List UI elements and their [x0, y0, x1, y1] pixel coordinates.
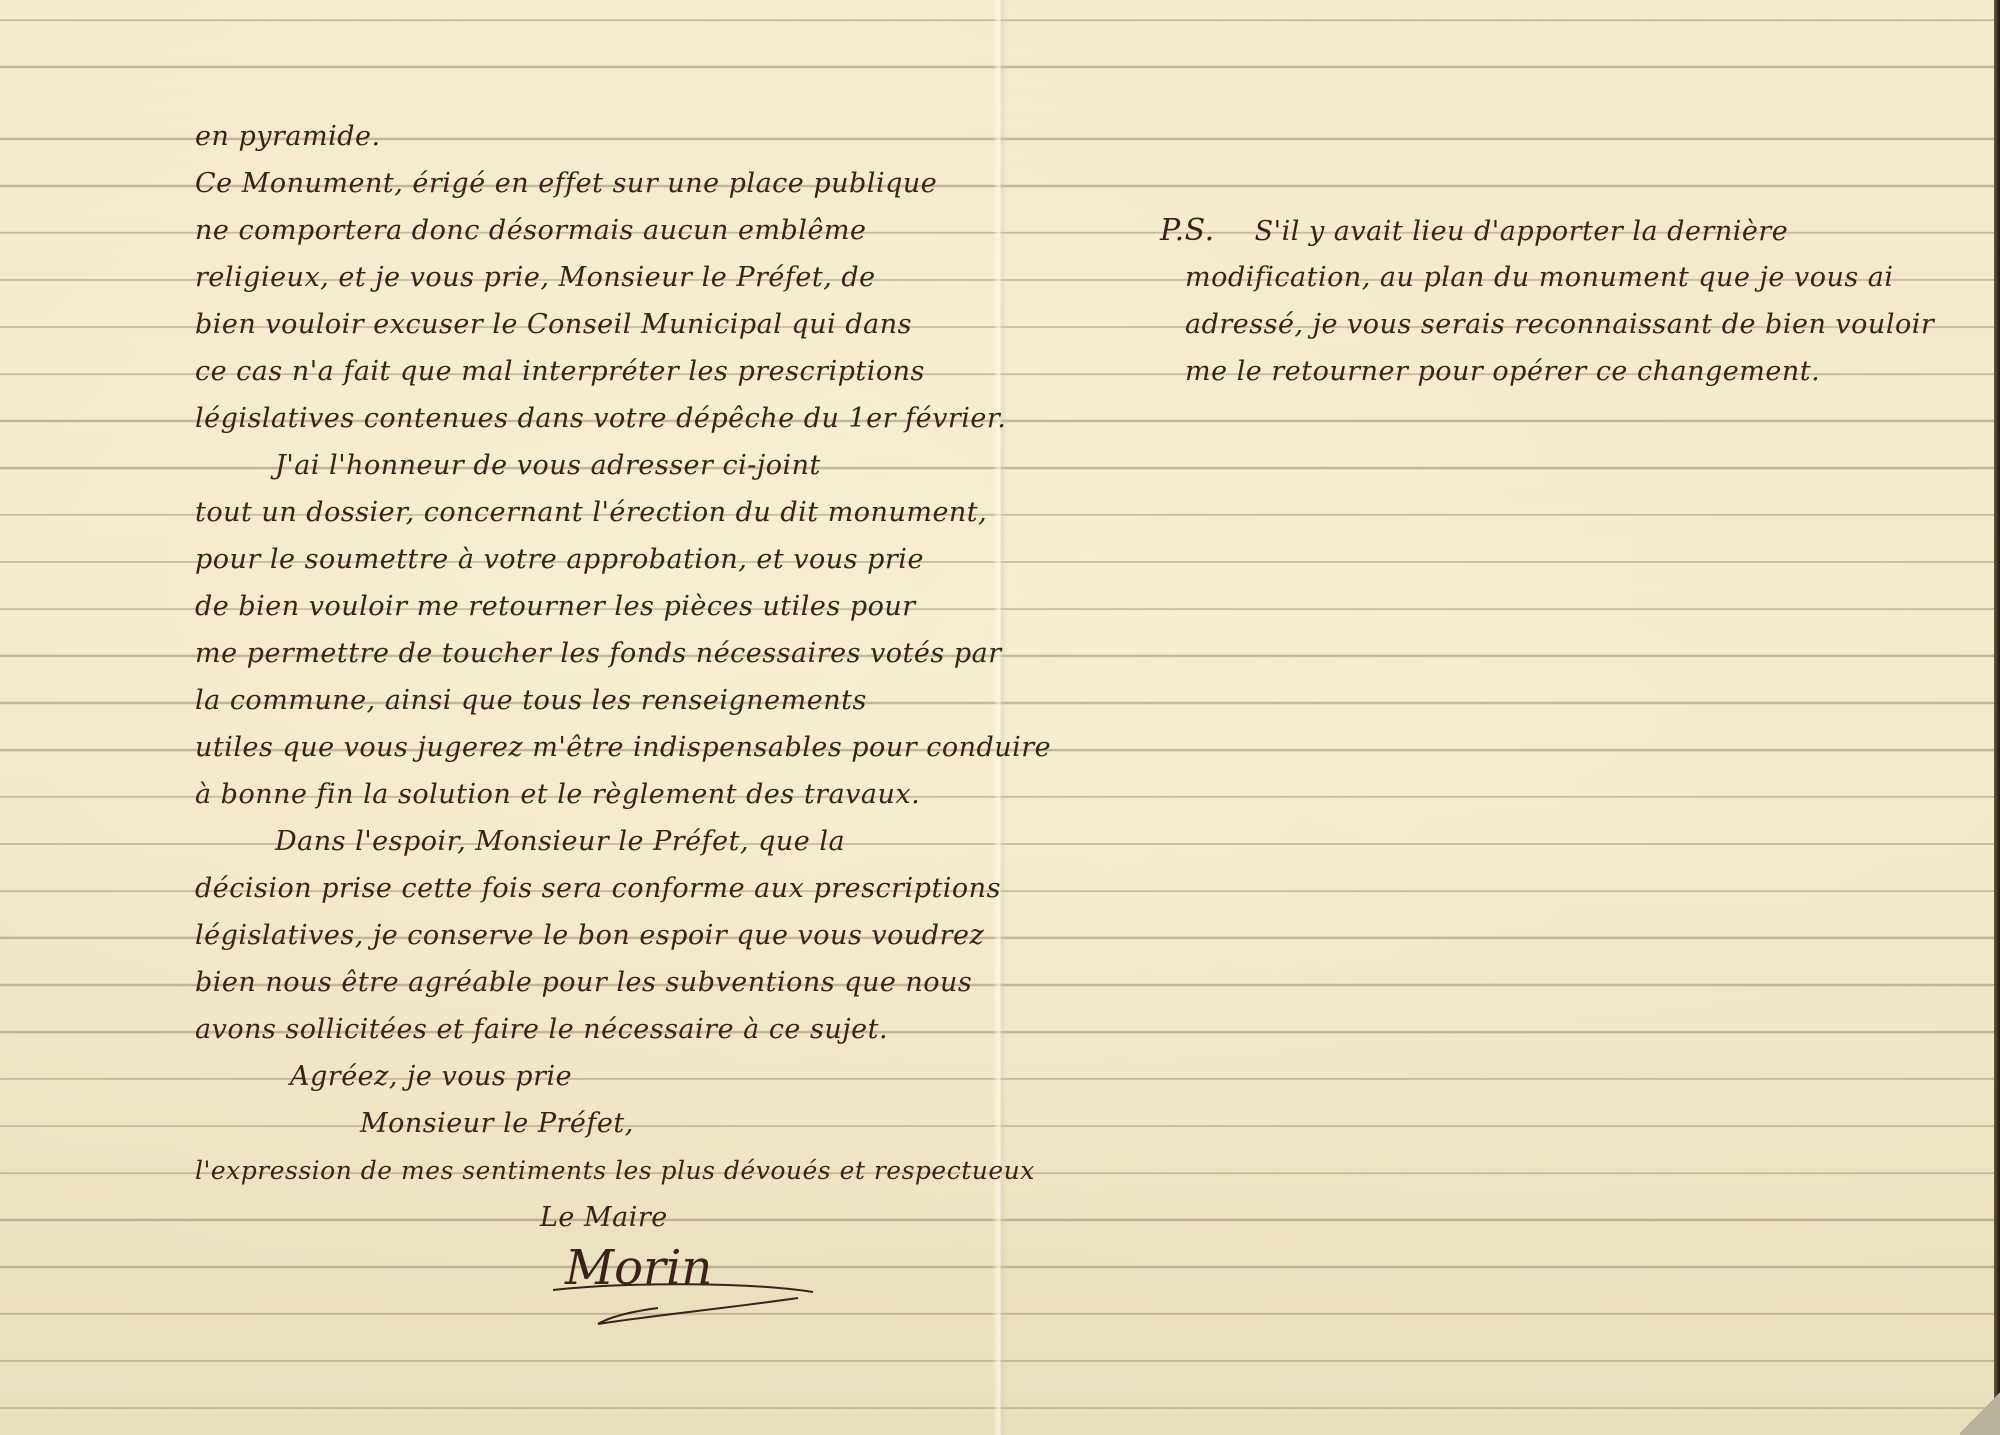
body-line: Dans l'espoir, Monsieur le Préfet, que l… [195, 818, 1051, 865]
body-line: législatives, je conserve le bon espoir … [195, 912, 1051, 959]
body-line: utiles que vous jugerez m'être indispens… [195, 724, 1051, 771]
ps-label: P.S. [1160, 213, 1215, 248]
signature-flourish-icon [548, 1268, 818, 1328]
closing-line: l'expression de mes sentiments les plus … [195, 1147, 1051, 1194]
letter-body: en pyramide. Ce Monument, érigé en effet… [195, 113, 1051, 1241]
body-line: de bien vouloir me retourner les pièces … [195, 583, 1051, 630]
folded-corner [1960, 1390, 2000, 1435]
body-line: pour le soumettre à votre approbation, e… [195, 536, 1051, 583]
ps-line: adressé, je vous serais reconnaissant de… [1160, 301, 1934, 348]
body-line: à bonne fin la solution et le règlement … [195, 771, 1051, 818]
body-line: Ce Monument, érigé en effet sur une plac… [195, 160, 1051, 207]
body-line: bien nous être agréable pour les subvent… [195, 959, 1051, 1006]
body-line: législatives contenues dans votre dépêch… [195, 395, 1051, 442]
body-line: tout un dossier, concernant l'érection d… [195, 489, 1051, 536]
ps-line: modification, au plan du monument que je… [1160, 254, 1934, 301]
signature-title: Le Maire [195, 1194, 1051, 1241]
body-line: ce cas n'a fait que mal interpréter les … [195, 348, 1051, 395]
body-line: me permettre de toucher les fonds nécess… [195, 630, 1051, 677]
ps-line: S'il y avait lieu d'apporter la dernière [1255, 216, 1789, 247]
ps-line: me le retourner pour opérer ce changemen… [1160, 348, 1934, 395]
body-line: religieux, et je vous prie, Monsieur le … [195, 254, 1051, 301]
body-line: J'ai l'honneur de vous adresser ci-joint [195, 442, 1051, 489]
body-line: en pyramide. [195, 113, 1051, 160]
body-line: la commune, ainsi que tous les renseigne… [195, 677, 1051, 724]
letter-sheet: en pyramide. Ce Monument, érigé en effet… [0, 0, 2000, 1435]
paper-edge [1994, 0, 2000, 1435]
body-line: avons sollicitées et faire le nécessaire… [195, 1006, 1051, 1053]
postscript: P.S.S'il y avait lieu d'apporter la dern… [1160, 207, 1934, 395]
body-line: bien vouloir excuser le Conseil Municipa… [195, 301, 1051, 348]
body-line: décision prise cette fois sera conforme … [195, 865, 1051, 912]
body-line: ne comportera donc désormais aucun emblê… [195, 207, 1051, 254]
closing-line: Monsieur le Préfet, [195, 1100, 1051, 1147]
closing-line: Agréez, je vous prie [195, 1053, 1051, 1100]
